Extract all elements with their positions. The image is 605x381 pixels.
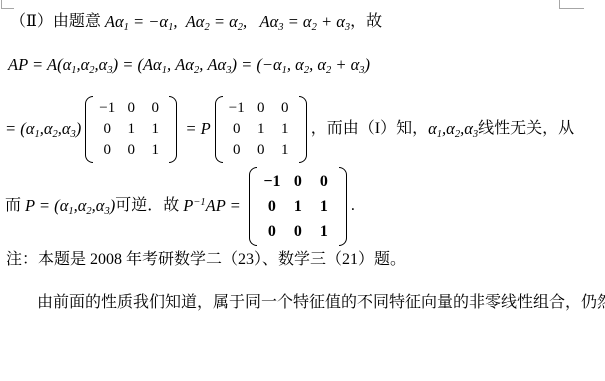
block2-p-inverse-ap: P−1AP =: [183, 194, 245, 218]
margin-crop-mark-right-icon: [559, 0, 584, 9]
matrix-cell: −1: [99, 98, 115, 119]
block1-chinese-tail: 线性无关，从: [478, 117, 574, 141]
matrix-3-grid: −100011001: [257, 167, 339, 246]
equation-block-similarity-result: 而 P = (α1,α2,α3) 可逆．故 P−1AP = −100011001…: [5, 167, 355, 245]
matrix-2: −100011001: [215, 96, 307, 163]
matrix-cell: 0: [233, 119, 241, 140]
matrix-1: −100011001: [85, 96, 177, 163]
margin-crop-mark-left-icon: [1, 0, 14, 9]
matrix-cell: 0: [268, 194, 276, 219]
note-line: 注：本题是 2008 年考研数学二（23）、数学三（21）题。: [6, 248, 406, 272]
matrix-cell: 0: [104, 140, 112, 161]
matrix-1-grid: −100011001: [93, 96, 169, 163]
document-page: （Ⅱ）由题意 Aα1 = −α1, Aα2 = α2, Aα3 = α2 + α…: [0, 0, 605, 381]
block2-chinese-invertible: 可逆．故: [115, 194, 183, 218]
matrix-cell: 0: [294, 169, 302, 194]
matrix-cell: 1: [320, 219, 328, 244]
matrix-cell: 0: [128, 98, 136, 119]
matrix-cell: −1: [263, 169, 280, 194]
matrix-cell: 0: [281, 98, 289, 119]
line1-chinese-suffix: ，故: [350, 10, 382, 34]
matrix-3-result: −100011001: [249, 167, 347, 246]
matrix-cell: 1: [128, 119, 136, 140]
matrix-cell: 0: [257, 140, 265, 161]
block2-chinese-er: 而: [5, 194, 25, 218]
matrix-cell: 1: [294, 194, 302, 219]
matrix-2-left-paren: [215, 96, 223, 163]
matrix-cell: 1: [257, 119, 265, 140]
matrix-cell: 1: [320, 194, 328, 219]
text-line-ap-expansion: AP = A(α1,α2,α3) = (Aα1, Aα2, Aα3) = (−α…: [8, 53, 370, 77]
matrix-cell: −1: [229, 98, 245, 119]
block1-lead-vector: = (α1,α2,α3): [5, 117, 81, 141]
equation-block-matrix-factorization: = (α1,α2,α3) −100011001 = P −100011001 ，…: [5, 96, 574, 162]
block1-equals-p: = P: [181, 117, 210, 141]
block1-alpha-list: α1,α2,α3: [428, 117, 478, 141]
matrix-cell: 0: [257, 98, 265, 119]
matrix-cell: 0: [320, 169, 328, 194]
text-line-premise: （Ⅱ）由题意 Aα1 = −α1, Aα2 = α2, Aα3 = α2 + α…: [10, 10, 382, 34]
block1-chinese-mid: ，而由（I）知，: [311, 117, 428, 141]
matrix-1-left-paren: [85, 96, 93, 163]
closing-paragraph: 由前面的性质我们知道，属于同一个特征值的不同特征向量的非零线性组合，仍然是属于这…: [5, 289, 602, 316]
matrix-cell: 1: [152, 140, 160, 161]
matrix-cell: 1: [152, 119, 160, 140]
matrix-cell: 0: [104, 119, 112, 140]
line1-eigen-equations: Aα1 = −α1, Aα2 = α2, Aα3 = α2 + α3: [105, 10, 350, 34]
block2-period: .: [351, 194, 355, 218]
matrix-cell: 0: [152, 98, 160, 119]
matrix-3-right-paren: [339, 167, 347, 246]
matrix-2-grid: −100011001: [223, 96, 299, 163]
matrix-cell: 0: [268, 219, 276, 244]
matrix-cell: 0: [233, 140, 241, 161]
matrix-1-right-paren: [169, 96, 177, 163]
matrix-cell: 0: [294, 219, 302, 244]
line2-ap-equation: AP = A(α1,α2,α3) = (Aα1, Aα2, Aα3) = (−α…: [8, 53, 370, 77]
matrix-cell: 1: [281, 140, 289, 161]
matrix-3-left-paren: [249, 167, 257, 246]
matrix-cell: 1: [281, 119, 289, 140]
note-text: 注：本题是 2008 年考研数学二（23）、数学三（21）题。: [6, 248, 406, 272]
block2-p-definition: P = (α1,α2,α3): [25, 194, 115, 218]
matrix-cell: 0: [128, 140, 136, 161]
line1-chinese-prefix: （Ⅱ）由题意: [10, 10, 105, 34]
matrix-2-right-paren: [299, 96, 307, 163]
